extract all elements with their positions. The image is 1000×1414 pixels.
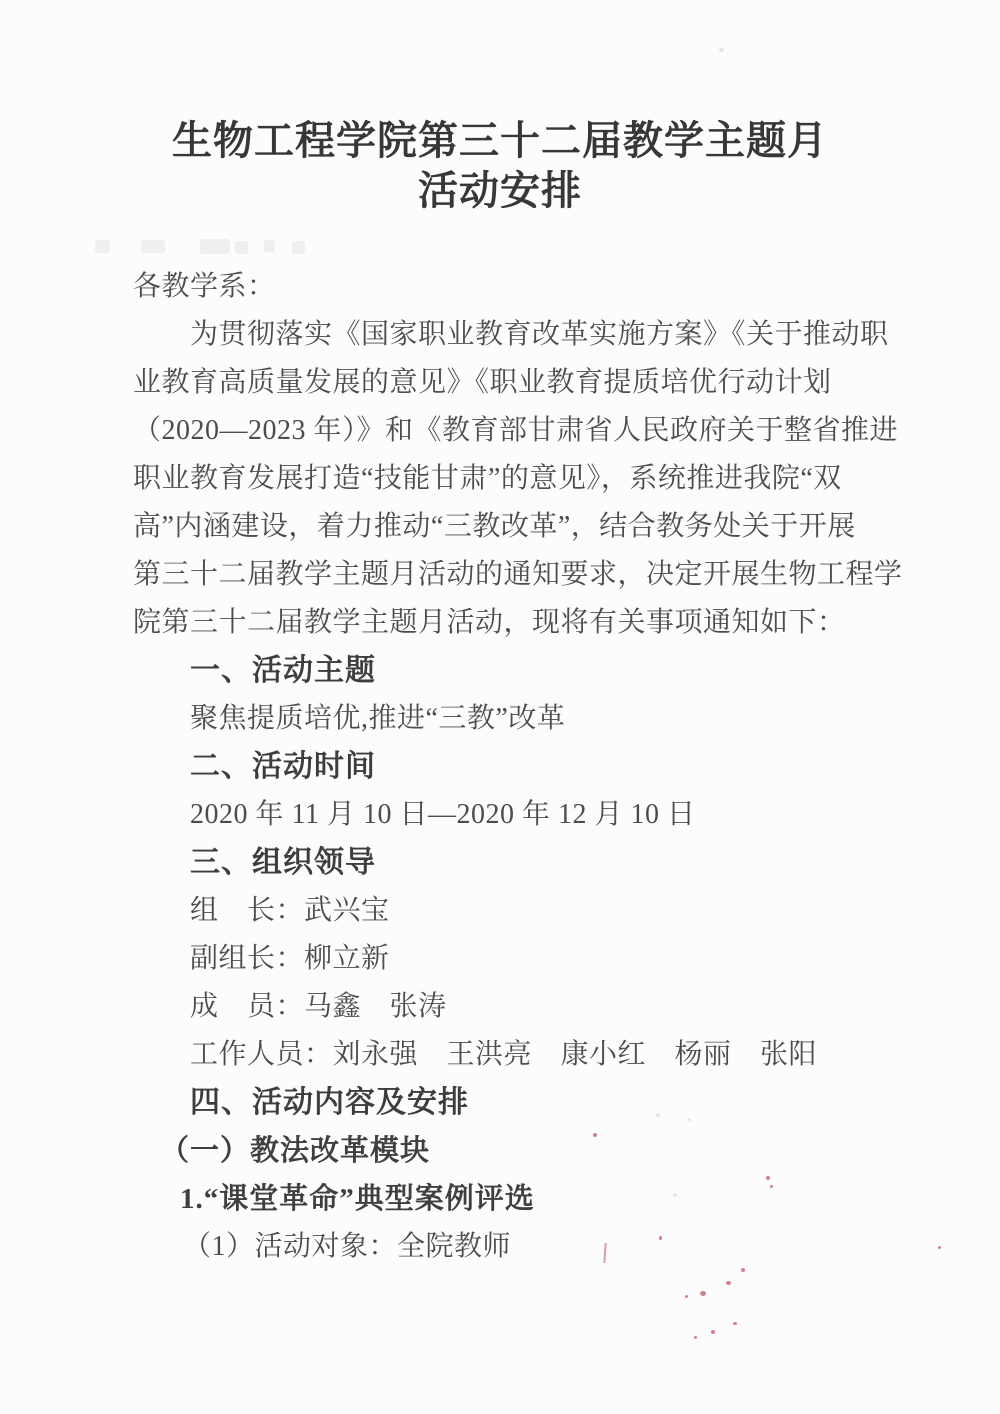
scan-smudge: [200, 239, 230, 254]
scan-speck-red: [733, 1322, 737, 1325]
document-title: 生物工程学院第三十二届教学主题月 活动安排: [0, 116, 1000, 216]
intro-line-3: （2020—2023 年）》和《教育部甘肃省人民政府关于整省推进: [133, 407, 893, 455]
intro-line-4: 职业教育发展打造“技能甘肃”的意见》，系统推进我院“双: [133, 455, 893, 503]
salutation: 各教学系：: [133, 263, 893, 311]
section1-body: 聚焦提质培优,推进“三教”改革: [133, 695, 893, 743]
scan-smudge: [141, 240, 165, 253]
scan-speck-red: [593, 1133, 597, 1137]
intro-line-6: 第三十二届教学主题月活动的通知要求，决定开展生物工程学: [133, 551, 893, 599]
section3-leader: 组 长：武兴宝: [133, 887, 893, 935]
section3-staff: 工作人员：刘永强 王洪亮 康小红 杨丽 张阳: [133, 1031, 893, 1079]
scan-speck-red: [770, 1185, 773, 1188]
section3-heading: 三、组织领导: [133, 839, 893, 887]
scan-speck-red: [938, 1246, 941, 1249]
section3-deputy-leader: 副组长：柳立新: [133, 935, 893, 983]
intro-line-2: 业教育高质量发展的意见》《职业教育提质培优行动计划: [133, 359, 893, 407]
section4-heading: 四、活动内容及安排: [133, 1079, 893, 1127]
scanned-document-page: 生物工程学院第三十二届教学主题月 活动安排 各教学系： 为贯彻落实《国家职业教育…: [0, 0, 1000, 1414]
scan-speck-red: [700, 1291, 706, 1296]
document-title-line1: 生物工程学院第三十二届教学主题月: [0, 116, 1000, 166]
scan-speck-red: [659, 1236, 662, 1240]
section4-item-heading: 1.“课堂革命”典型案例评选: [133, 1175, 893, 1223]
intro-line-7: 院第三十二届教学主题月活动，现将有关事项通知如下：: [133, 599, 893, 647]
scan-smudge: [264, 240, 275, 252]
scan-smudge: [292, 241, 305, 254]
document-title-line2: 活动安排: [0, 166, 1000, 216]
scan-smudge: [95, 240, 110, 253]
scan-speck-red: [726, 1281, 731, 1285]
section3-members: 成 员：马鑫 张涛: [133, 983, 893, 1031]
section4-module-heading: （一）教法改革模块: [133, 1127, 893, 1175]
section2-heading: 二、活动时间: [133, 743, 893, 791]
scan-speck-red: [685, 1295, 688, 1298]
scan-speck-red: [711, 1330, 715, 1334]
scan-smudge: [235, 241, 248, 254]
document-body: 各教学系： 为贯彻落实《国家职业教育改革实施方案》《关于推动职 业教育高质量发展…: [133, 263, 893, 1271]
scan-speck-red: [694, 1336, 697, 1339]
scan-speck: [719, 48, 724, 52]
intro-line-5: 高”内涵建设，着力推动“三教改革”，结合教务处关于开展: [133, 503, 893, 551]
section1-heading: 一、活动主题: [133, 647, 893, 695]
scan-speck-red: [741, 1268, 745, 1272]
scan-speck-red: [766, 1176, 770, 1180]
section4-item-target: （1）活动对象：全院教师: [133, 1223, 893, 1271]
intro-line-1: 为贯彻落实《国家职业教育改革实施方案》《关于推动职: [133, 311, 893, 359]
section2-body: 2020 年 11 月 10 日—2020 年 12 月 10 日: [133, 791, 893, 839]
